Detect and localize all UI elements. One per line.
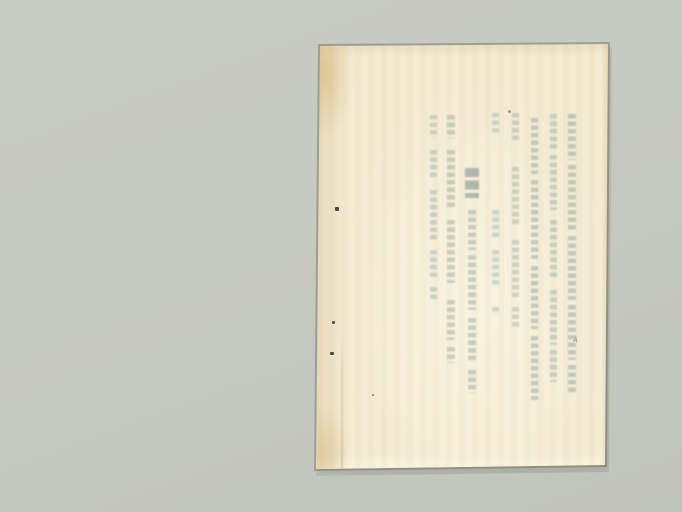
scanner-background: A: [0, 0, 682, 512]
text-column-segment: [568, 365, 576, 392]
text-column-segment: [550, 220, 557, 280]
text-column-segment: [512, 240, 519, 300]
text-column-segment: [430, 190, 437, 240]
text-column-segment: [531, 266, 538, 329]
text-column-segment: [447, 347, 455, 363]
text-column-segment: [492, 113, 499, 133]
text-column-segment: [430, 250, 437, 280]
text-column-segment: [468, 210, 476, 250]
text-column-segment: [447, 150, 455, 210]
text-column-segment: [531, 336, 538, 400]
text-column-segment: [550, 155, 557, 210]
text-column-segment: [550, 290, 557, 345]
text-column-segment: [468, 255, 476, 310]
text-column-segment: [447, 115, 455, 138]
text-column-segment: [430, 287, 437, 300]
pencil-mark: A: [573, 337, 578, 344]
text-column-segment: [430, 115, 437, 138]
text-column-segment: [512, 167, 519, 227]
scanned-page-group: A: [312, 40, 612, 473]
binding-hole: [335, 207, 339, 211]
text-column-segment: [492, 210, 499, 240]
text-column-segment: [492, 250, 499, 287]
text-column-segment: [568, 236, 576, 300]
binding-hole: [330, 352, 334, 355]
text-column-segment: [568, 305, 576, 360]
binding-hole: [332, 321, 335, 324]
text-column-segment: [468, 370, 476, 393]
text-column-segment: [492, 307, 499, 315]
text-column-segment: [531, 180, 538, 259]
scanned-page: A: [316, 44, 608, 469]
faint-heading-text: [465, 168, 479, 198]
text-column-segment: [430, 150, 437, 180]
text-column-segment: [550, 114, 557, 150]
text-column-segment: [512, 113, 519, 140]
text-column-segment: [550, 350, 557, 382]
text-column-segment: [447, 220, 455, 283]
text-column-segment: [447, 300, 455, 340]
text-column-segment: [531, 118, 538, 174]
paper-fleck: [508, 110, 511, 113]
ink-dot: [372, 394, 374, 396]
text-column-segment: [568, 165, 576, 230]
text-column-segment: [568, 114, 576, 160]
text-column-segment: [512, 307, 519, 327]
faint-text-block: [316, 44, 608, 469]
text-column-segment: [468, 318, 476, 360]
